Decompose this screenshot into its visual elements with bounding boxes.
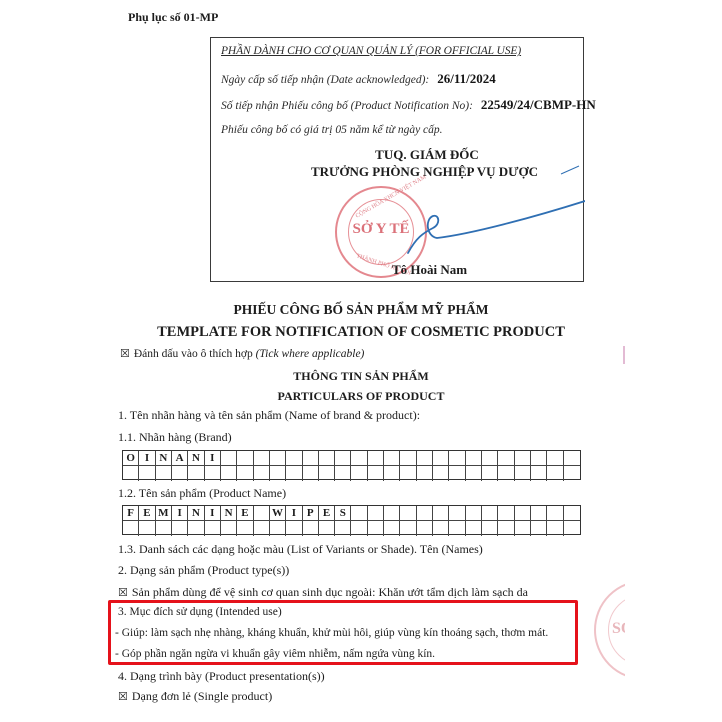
grid-cell	[400, 451, 416, 466]
document-title-vi: PHIẾU CÔNG BỐ SẢN PHẨM MỸ PHẨM	[0, 302, 722, 318]
grid-cell	[547, 506, 563, 521]
grid-cell: N	[188, 451, 204, 466]
stamp-center-text: SỞ Y TẾ	[337, 221, 425, 238]
grid-cell	[303, 521, 319, 536]
brand-char-grid: OINANI	[122, 450, 581, 480]
tick-instruction: ☒Đánh dấu vào ô thích hợp (Tick where ap…	[120, 347, 364, 360]
grid-cell	[515, 451, 531, 466]
grid-cell	[564, 466, 580, 481]
grid-cell	[351, 506, 367, 521]
grid-cell	[205, 466, 221, 481]
grid-cell	[139, 466, 155, 481]
grid-cell	[531, 451, 547, 466]
grid-cell: O	[123, 451, 139, 466]
grid-cell	[368, 506, 384, 521]
grid-cell	[303, 451, 319, 466]
grid-cell	[221, 521, 237, 536]
grid-cell	[286, 466, 302, 481]
signatory-title-2: TRƯỞNG PHÒNG NGHIỆP VỤ DƯỢC	[311, 164, 538, 180]
grid-cell	[384, 451, 400, 466]
grid-cell	[482, 451, 498, 466]
grid-cell	[123, 466, 139, 481]
intended-use-line-1: - Giúp: làm sạch nhẹ nhàng, kháng khuẩn,…	[115, 627, 548, 639]
grid-cell: I	[139, 451, 155, 466]
grid-cell	[139, 521, 155, 536]
grid-cell	[368, 521, 384, 536]
grid-cell	[221, 466, 237, 481]
grid-cell	[254, 521, 270, 536]
intended-use-label: 3. Mục đích sử dụng (Intended use)	[118, 606, 282, 618]
brand-product-heading: 1. Tên nhãn hàng và tên sản phẩm (Name o…	[118, 408, 420, 423]
grid-cell	[319, 521, 335, 536]
grid-cell	[515, 521, 531, 536]
grid-cell	[384, 466, 400, 481]
grid-cell	[466, 506, 482, 521]
grid-cell	[384, 521, 400, 536]
grid-cell	[466, 451, 482, 466]
grid-cell: E	[237, 506, 253, 521]
grid-cell	[498, 506, 514, 521]
grid-cell: E	[319, 506, 335, 521]
grid-cell	[515, 466, 531, 481]
tick-instruction-en: (Tick where applicable)	[256, 348, 365, 360]
grid-cell	[351, 466, 367, 481]
grid-cell: E	[139, 506, 155, 521]
grid-cell	[433, 466, 449, 481]
grid-cell	[417, 451, 433, 466]
validity-note: Phiếu công bố có giá trị 05 năm kể từ ng…	[221, 124, 443, 136]
grid-cell	[498, 451, 514, 466]
checked-box-icon: ☒	[120, 347, 130, 360]
grid-cell	[531, 506, 547, 521]
official-use-box: PHẦN DÀNH CHO CƠ QUAN QUẢN LÝ (FOR OFFIC…	[210, 37, 584, 282]
grid-cell	[270, 521, 286, 536]
presentation-value: Dạng đơn lẻ (Single product)	[132, 689, 272, 703]
section-title-en: PARTICULARS OF PRODUCT	[0, 389, 722, 404]
grid-cell: N	[188, 506, 204, 521]
variants-label: 1.3. Danh sách các dạng hoặc màu (List o…	[118, 542, 483, 557]
grid-cell	[172, 521, 188, 536]
grid-cell	[482, 506, 498, 521]
grid-cell: I	[205, 506, 221, 521]
grid-cell	[254, 451, 270, 466]
grid-cell	[400, 466, 416, 481]
grid-cell	[237, 521, 253, 536]
date-acknowledged-value: 26/11/2024	[437, 71, 496, 86]
grid-cell: W	[270, 506, 286, 521]
grid-cell	[319, 451, 335, 466]
checked-box-icon: ☒	[118, 690, 128, 703]
grid-cell: I	[172, 506, 188, 521]
grid-cell	[531, 466, 547, 481]
grid-cell	[237, 451, 253, 466]
notification-number-label: Số tiếp nhận Phiếu công bố (Product Noti…	[221, 100, 473, 112]
grid-cell	[335, 521, 351, 536]
grid-cell	[482, 521, 498, 536]
product-name-label: 1.2. Tên sản phẩm (Product Name)	[118, 486, 286, 501]
grid-cell	[237, 466, 253, 481]
section-title-vi: THÔNG TIN SẢN PHẨM	[0, 369, 722, 384]
grid-cell: F	[123, 506, 139, 521]
product-type-label: 2. Dạng sản phẩm (Product type(s))	[118, 563, 289, 578]
product-name-char-grid: FEMININEWIPES	[122, 505, 581, 535]
notification-number-value: 22549/24/CBMP-HN	[481, 97, 596, 112]
grid-cell	[564, 451, 580, 466]
grid-cell	[449, 451, 465, 466]
product-type-value: Sản phẩm dùng để vệ sinh cơ quan sinh dụ…	[132, 585, 528, 599]
signer-name: Tô Hoài Nam	[392, 262, 467, 278]
signatory-title-1: TUQ. GIÁM ĐỐC	[211, 147, 583, 163]
grid-cell	[466, 466, 482, 481]
grid-cell	[498, 521, 514, 536]
grid-cell	[221, 451, 237, 466]
grid-cell	[156, 466, 172, 481]
grid-cell: S	[335, 506, 351, 521]
grid-cell	[449, 521, 465, 536]
grid-cell	[205, 521, 221, 536]
grid-cell: P	[303, 506, 319, 521]
grid-cell	[466, 521, 482, 536]
grid-cell	[417, 466, 433, 481]
grid-cell	[400, 506, 416, 521]
grid-cell: N	[156, 451, 172, 466]
grid-cell	[335, 466, 351, 481]
grid-cell	[156, 521, 172, 536]
grid-cell	[515, 506, 531, 521]
product-type-option: ☒Sản phẩm dùng để vệ sinh cơ quan sinh d…	[118, 585, 528, 600]
document-title-en: TEMPLATE FOR NOTIFICATION OF COSMETIC PR…	[0, 324, 722, 341]
annex-label: Phụ lục số 01-MP	[128, 10, 218, 25]
grid-cell	[547, 466, 563, 481]
grid-cell	[303, 466, 319, 481]
grid-cell	[188, 466, 204, 481]
notification-number-row: Số tiếp nhận Phiếu công bố (Product Noti…	[221, 97, 596, 113]
grid-cell	[433, 506, 449, 521]
grid-cell	[319, 466, 335, 481]
stamp-ring-top: CỘNG HÒA XHCN VIỆT NAM	[355, 174, 427, 219]
grid-cell	[433, 521, 449, 536]
presentation-option: ☒Dạng đơn lẻ (Single product)	[118, 689, 272, 704]
scan-artifact	[623, 346, 625, 364]
grid-cell	[270, 451, 286, 466]
grid-cell	[417, 521, 433, 536]
checked-box-icon: ☒	[118, 586, 128, 599]
brand-label: 1.1. Nhãn hàng (Brand)	[118, 430, 232, 445]
grid-cell	[482, 466, 498, 481]
date-acknowledged-row: Ngày cấp số tiếp nhận (Date acknowledged…	[221, 71, 496, 87]
grid-cell	[254, 506, 270, 521]
grid-cell	[286, 451, 302, 466]
intended-use-line-2: - Góp phần ngăn ngừa vi khuẩn gây viêm n…	[115, 648, 435, 660]
official-use-heading: PHẦN DÀNH CHO CƠ QUAN QUẢN LÝ (FOR OFFIC…	[221, 45, 521, 57]
grid-cell	[123, 521, 139, 536]
grid-cell: N	[221, 506, 237, 521]
tick-instruction-vi: Đánh dấu vào ô thích hợp	[134, 348, 253, 360]
grid-cell	[449, 466, 465, 481]
grid-cell	[449, 506, 465, 521]
grid-cell	[368, 466, 384, 481]
grid-cell: A	[172, 451, 188, 466]
grid-cell	[564, 521, 580, 536]
grid-cell	[172, 466, 188, 481]
grid-cell	[433, 451, 449, 466]
grid-cell: I	[286, 506, 302, 521]
grid-cell	[400, 521, 416, 536]
grid-cell	[498, 466, 514, 481]
grid-cell	[564, 506, 580, 521]
date-acknowledged-label: Ngày cấp số tiếp nhận (Date acknowledged…	[221, 74, 429, 86]
grid-cell	[351, 521, 367, 536]
grid-cell	[531, 521, 547, 536]
grid-cell	[286, 521, 302, 536]
grid-cell	[547, 521, 563, 536]
grid-cell	[384, 506, 400, 521]
grid-cell	[270, 466, 286, 481]
grid-cell	[335, 451, 351, 466]
grid-cell	[547, 451, 563, 466]
presentation-label: 4. Dạng trình bày (Product presentation(…	[118, 669, 325, 684]
grid-cell	[417, 506, 433, 521]
page-edge-mask	[625, 560, 722, 700]
grid-cell: M	[156, 506, 172, 521]
grid-cell	[188, 521, 204, 536]
grid-cell	[368, 451, 384, 466]
grid-cell	[351, 451, 367, 466]
grid-cell: I	[205, 451, 221, 466]
grid-cell	[254, 466, 270, 481]
